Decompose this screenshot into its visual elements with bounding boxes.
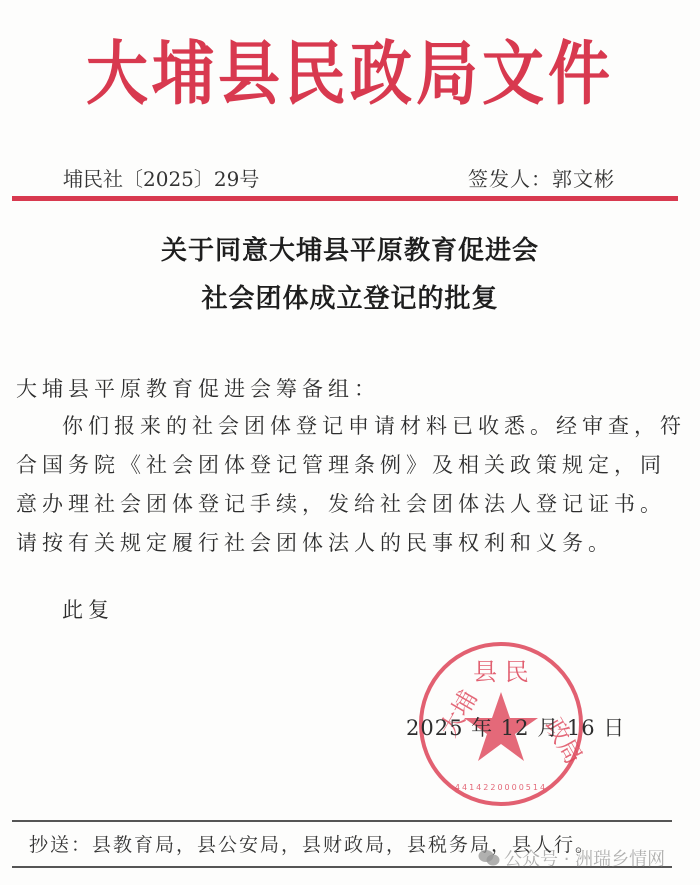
masthead-title: 大埔县民政局文件 bbox=[0, 18, 700, 118]
watermark: 公众号 · 洲瑞乡情网 bbox=[478, 845, 665, 871]
red-divider bbox=[12, 196, 678, 201]
body-paragraph: 你们报来的社会团体登记申请材料已收悉。经审查，符合国务院《社会团体登记管理条例》… bbox=[16, 407, 688, 563]
document-page: 大埔县民政局文件 埔民社〔2025〕29号 签发人：郭文彬 关于同意大埔县平原教… bbox=[0, 0, 700, 885]
cc-top-divider bbox=[12, 820, 672, 822]
watermark-text: 公众号 · 洲瑞乡情网 bbox=[504, 845, 665, 871]
document-title-line-1: 关于同意大埔县平原教育促进会 bbox=[0, 230, 700, 267]
svg-text:4414220000514: 4414220000514 bbox=[455, 783, 547, 792]
issue-date: 2025 年 12 月 16 日 bbox=[406, 712, 625, 742]
wechat-icon bbox=[478, 849, 500, 867]
document-title-line-2: 社会团体成立登记的批复 bbox=[0, 278, 700, 315]
issuer: 签发人：郭文彬 bbox=[468, 163, 615, 192]
svg-text:县 民: 县 民 bbox=[473, 658, 529, 686]
salutation: 大埔县平原教育促进会筹备组： bbox=[16, 370, 688, 409]
closing: 此复 bbox=[62, 594, 114, 624]
document-number: 埔民社〔2025〕29号 bbox=[63, 163, 259, 192]
